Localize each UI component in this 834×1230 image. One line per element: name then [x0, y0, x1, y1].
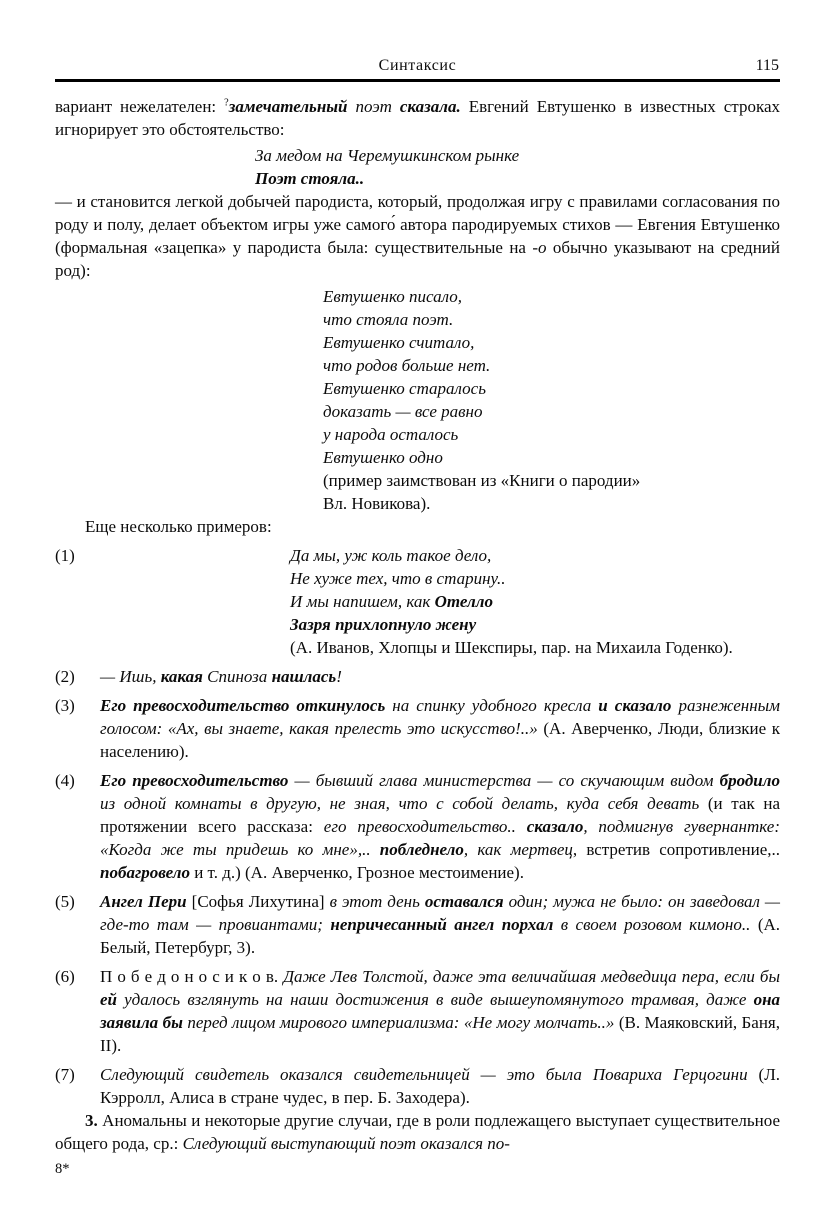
example-text: Да мы, уж коль такое дело, Не хуже тех, …	[100, 544, 780, 659]
text-run: поэт	[356, 97, 400, 116]
verse-line: Вл. Новикова).	[323, 492, 780, 515]
paragraph-more-examples: Еще несколько примеров:	[55, 515, 780, 538]
text-run: — бывший глава министерства — со скучающ…	[295, 771, 720, 790]
text-run: Следующий свидетель оказался свидетельни…	[100, 1065, 759, 1084]
text-run: из одной комнаты в другую, не зная, что …	[100, 794, 708, 813]
text-run: непричесанный ангел порхал	[330, 915, 560, 934]
text-run: Спиноза	[207, 667, 271, 686]
text-run: [Софья Лихутина]	[192, 892, 330, 911]
signature-mark: 8*	[55, 1158, 780, 1181]
example-number: (6)	[55, 965, 100, 1057]
verse-parody: Евтушенко писало, что стояла поэт. Евтуш…	[323, 285, 780, 515]
verse-line: Евтушенко писало,	[323, 285, 780, 308]
text-run: и т. д.) (А. Аверченко, Грозное местоиме…	[190, 863, 524, 882]
example-text: Следующий свидетель оказался свидетельни…	[100, 1063, 780, 1109]
header-rule	[55, 79, 780, 82]
text-run: (пример заимствован из «Книги о пародии»	[323, 471, 640, 490]
example-number: (5)	[55, 890, 100, 959]
text-run: удалось взглянуть на наши достижения в в…	[124, 990, 753, 1009]
text-run: что стояла поэт.	[323, 310, 453, 329]
book-page: Синтаксис 115 вариант нежелателен: ?заме…	[0, 0, 834, 1230]
text-run: , как мертвец	[464, 840, 573, 859]
text-run: Его превосходительство	[100, 771, 295, 790]
example-item-4: (4) Его превосходительство — бывший глав…	[55, 769, 780, 884]
text-run: на спинку удобного кресла	[392, 696, 598, 715]
text-run: Ангел Пери	[100, 892, 192, 911]
example-verse: Да мы, уж коль такое дело, Не хуже тех, …	[290, 544, 780, 659]
text-run: , встретив сопротивление,..	[573, 840, 780, 859]
example-number: (2)	[55, 665, 100, 688]
text-run: в этот день	[330, 892, 425, 911]
text-run: Евтушенко считало,	[323, 333, 474, 352]
verse-line: Евтушенко считало,	[323, 331, 780, 354]
verse-line: Евтушенко старалось	[323, 377, 780, 400]
text-run: Его превосходительство откинулось	[100, 696, 392, 715]
example-item-5: (5) Ангел Пери [Софья Лихутина] в этот д…	[55, 890, 780, 959]
verse-line: (А. Иванов, Хлопцы и Шекспиры, пар. на М…	[290, 636, 780, 659]
verse-line: доказать — все равно	[323, 400, 780, 423]
text-run: побледнело	[380, 840, 464, 859]
text-run: что родов больше нет.	[323, 356, 490, 375]
text-run: Еще несколько примеров:	[85, 517, 272, 536]
text-run: 3.	[85, 1111, 98, 1130]
text-run: — Ишь,	[100, 667, 161, 686]
example-text: — Ишь, какая Спиноза нашлась!	[100, 665, 780, 688]
text-run: За медом на Черемушкинском рынке	[255, 146, 519, 165]
text-run: Даже Лев Толстой, даже эта величайшая ме…	[283, 967, 780, 986]
text-run: Евтушенко писало,	[323, 287, 462, 306]
example-text: П о б е д о н о с и к о в. Даже Лев Толс…	[100, 965, 780, 1057]
verse-line: Не хуже тех, что в старину..	[290, 567, 780, 590]
text-run: И мы напишем, как	[290, 592, 435, 611]
text-run: Поэт стояла..	[255, 169, 364, 188]
example-item-6: (6) П о б е д о н о с и к о в. Даже Лев …	[55, 965, 780, 1057]
paragraph-section-3: 3. Аномальны и некоторые другие случаи, …	[55, 1109, 780, 1155]
text-run: -о	[532, 238, 546, 257]
text-run: Да мы, уж коль такое дело,	[290, 546, 491, 565]
verse-line: Да мы, уж коль такое дело,	[290, 544, 780, 567]
example-text: Его превосходительство — бывший глава ми…	[100, 769, 780, 884]
page-header: Синтаксис 115	[55, 54, 780, 78]
example-item-3: (3) Его превосходительство откинулось на…	[55, 694, 780, 763]
text-run: у народа осталось	[323, 425, 458, 444]
text-run: Следующий выступающий поэт оказался по-	[183, 1134, 510, 1153]
text-run: Зазря прихлопнуло жену	[290, 615, 476, 634]
verse-line: что стояла поэт.	[323, 308, 780, 331]
text-run: бродило	[720, 771, 780, 790]
verse-line: За медом на Черемушкинском рынке	[255, 144, 780, 167]
text-run: ей	[100, 990, 124, 1009]
verse-line: Поэт стояла..	[255, 167, 780, 190]
example-text: Ангел Пери [Софья Лихутина] в этот день …	[100, 890, 780, 959]
text-run: оставался	[425, 892, 509, 911]
text-run: (А. Иванов, Хлопцы и Шекспиры, пар. на М…	[290, 638, 733, 657]
text-run: Евтушенко одно	[323, 448, 443, 467]
text-run: П о б е д о н о с и к о в.	[100, 967, 283, 986]
text-run: и сказало	[598, 696, 678, 715]
example-number: (1)	[55, 544, 100, 659]
example-number: (3)	[55, 694, 100, 763]
text-run: вариант нежелателен:	[55, 97, 224, 116]
text-run: сказала.	[400, 97, 461, 116]
example-item-2: (2) — Ишь, какая Спиноза нашлась!	[55, 665, 780, 688]
paragraph-parodist: — и становится легкой добычей пародиста,…	[55, 190, 780, 282]
text-run: Евтушенко старалось	[323, 379, 486, 398]
example-item-7: (7) Следующий свидетель оказался свидете…	[55, 1063, 780, 1109]
example-number: (7)	[55, 1063, 100, 1109]
example-text: Его превосходительство откинулось на спи…	[100, 694, 780, 763]
text-run: побагровело	[100, 863, 190, 882]
text-run: какая	[161, 667, 207, 686]
text-run: Вл. Новикова).	[323, 494, 430, 513]
text-run: доказать — все равно	[323, 402, 482, 421]
page-number: 115	[756, 54, 779, 77]
verse-line: (пример заимствован из «Книги о пародии»	[323, 469, 780, 492]
text-run: Не хуже тех, что в старину..	[290, 569, 505, 588]
text-run: его превосходительство..	[324, 817, 527, 836]
example-number: (4)	[55, 769, 100, 884]
verse-line: у народа осталось	[323, 423, 780, 446]
text-run: в своем розовом кимоно..	[561, 915, 758, 934]
text-run: сказало	[527, 817, 584, 836]
page-body: вариант нежелателен: ?замечательный поэт…	[55, 95, 780, 1181]
verse-line: что родов больше нет.	[323, 354, 780, 377]
example-item-1: (1) Да мы, уж коль такое дело, Не хуже т…	[55, 544, 780, 659]
verse-line: Евтушенко одно	[323, 446, 780, 469]
verse-line: И мы напишем, как Отелло	[290, 590, 780, 613]
running-title: Синтаксис	[55, 54, 780, 77]
text-run: перед лицом мирового империализма: «Не м…	[187, 1013, 618, 1032]
verse-line: Зазря прихлопнуло жену	[290, 613, 780, 636]
text-run: Отелло	[435, 592, 493, 611]
paragraph-variant: вариант нежелателен: ?замечательный поэт…	[55, 95, 780, 141]
text-run: нашлась	[272, 667, 337, 686]
text-run: !	[336, 667, 342, 686]
verse-quote-source: За медом на Черемушкинском рынке Поэт ст…	[255, 144, 780, 190]
text-run: замечательный	[229, 97, 356, 116]
